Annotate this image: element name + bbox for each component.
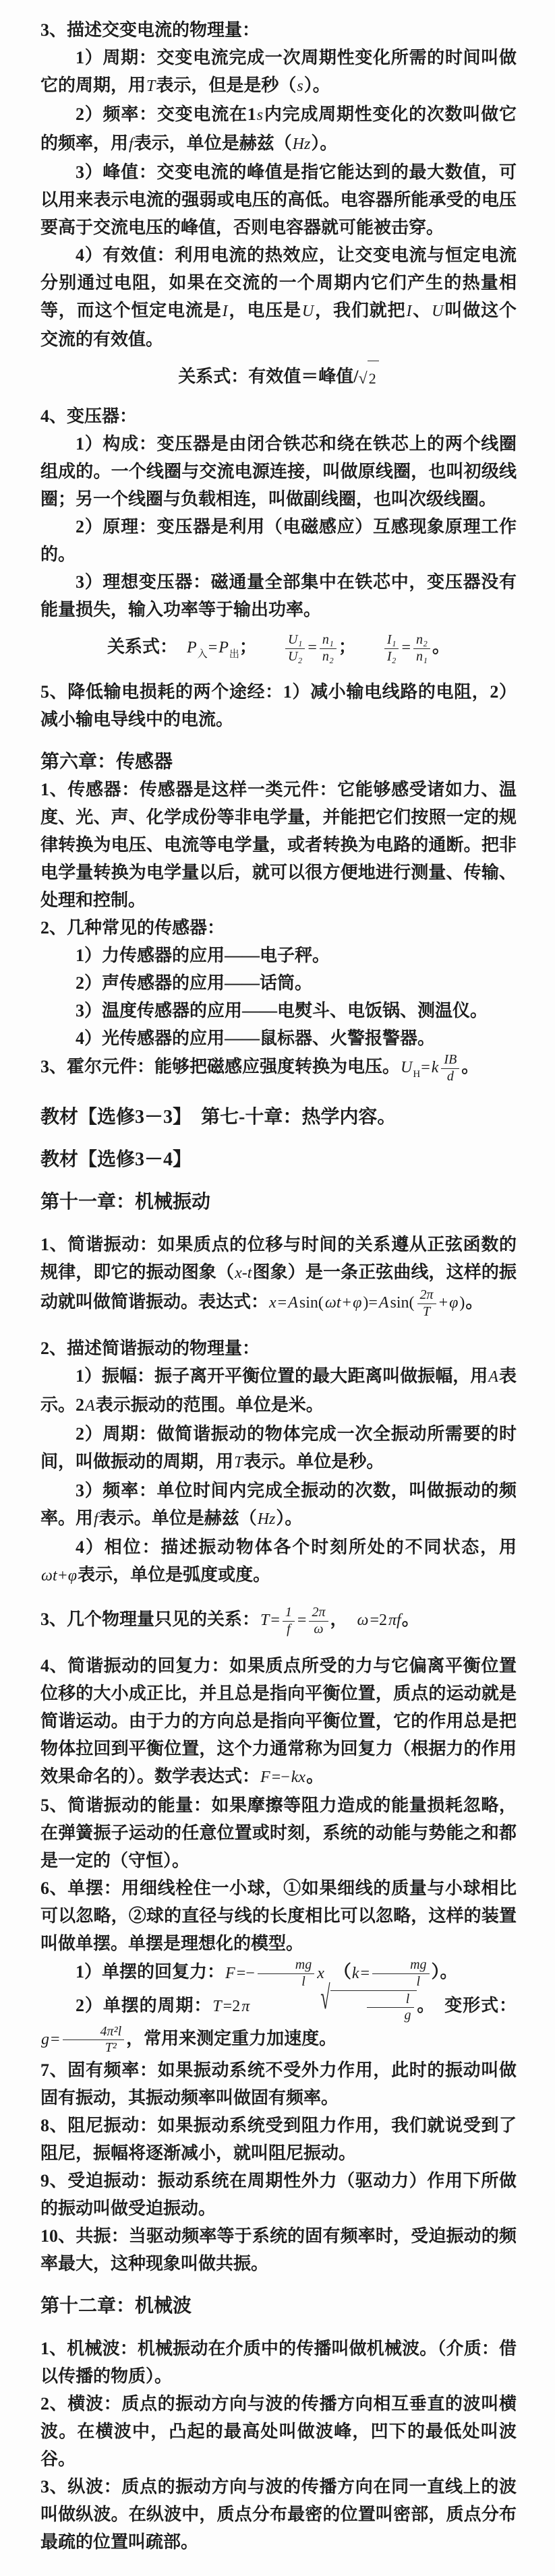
- paragraph: 10、共振：当驱动频率等于系统的固有频率时，受迫振动的频率最大，这种现象叫做共振…: [40, 2222, 517, 2277]
- paragraph: 9、受迫振动：振动系统在周期性外力（驱动力）作用下所做的振动叫做受迫振动。: [40, 2167, 517, 2222]
- paragraph: 3、霍尔元件：能够把磁感应强度转换为电压。UH=kIBd。: [40, 1052, 517, 1088]
- math-variable: x-t: [234, 1264, 252, 1282]
- fraction: IBd: [441, 1052, 459, 1084]
- fraction: U₁U₂: [285, 632, 305, 665]
- fraction: n₁n₂: [320, 632, 337, 665]
- physics-notes-document: 3、描述交变电流的物理量：1）周期：交变电流完成一次周期性变化所需的时间叫做它的…: [0, 0, 555, 2576]
- sub-paragraph: 2）声传感器的应用——话筒。: [40, 969, 517, 997]
- sub-paragraph: 4）有效值：利用电流的热效应，让交变电流与恒定电流分别通过电阻，如果在交流的一个…: [40, 241, 517, 353]
- fraction: 2πT: [417, 1287, 436, 1320]
- math-variable: ωt+φ: [40, 1567, 78, 1585]
- chapter-heading: 第六章：传感器: [40, 748, 517, 776]
- math-variable: f: [93, 1510, 99, 1528]
- paragraph: 3、描述交变电流的物理量：: [40, 16, 517, 44]
- paragraph: 5、简谐振动的能量：如果摩擦等阻力造成的能量损耗忽略，在弹簧振子运动的任意位置或…: [40, 1791, 517, 1874]
- chapter-heading: 第十二章：机械波: [40, 2292, 517, 2320]
- math-variable: T: [233, 1454, 243, 1471]
- math-variable: I: [222, 303, 229, 320]
- sub-paragraph: 4）光传感器的应用——鼠标器、火警报警器。: [40, 1024, 517, 1052]
- math-variable: I: [405, 303, 412, 320]
- fraction: I₁I₂: [384, 632, 399, 665]
- math-text: sin(: [299, 1294, 324, 1312]
- math-variable: P: [218, 639, 229, 656]
- math-variable: Hz: [257, 1510, 276, 1528]
- math-variable: f: [128, 135, 134, 153]
- math-text: =: [420, 1059, 431, 1076]
- sub-paragraph: 3）频率：单位时间内完成全振动的次数，叫做振动的频率。用f表示。单位是赫兹（Hz…: [40, 1477, 517, 1533]
- paragraph: 5、降低输电损耗的两个途经：1）减小输电线路的电阻，2）减小输电导线中的电流。: [40, 678, 517, 733]
- paragraph: 3、纵波：质点的振动方向与波的传播方向在同一直线上的波叫做纵波。在纵波中，质点分…: [40, 2473, 517, 2556]
- math-variable: F: [225, 1965, 236, 1982]
- math-variable: F: [260, 1769, 271, 1786]
- math-variable: φ: [448, 1294, 459, 1312]
- paragraph: 4、变压器：: [40, 402, 517, 430]
- math-text: =2: [369, 1612, 388, 1629]
- sub-paragraph: 4）相位：描述振动物体各个时刻所处的不同状态，用ωt+φ表示，单位是弧度或度。: [40, 1533, 517, 1590]
- math-subscript: 入: [198, 649, 208, 660]
- math-variable: U: [400, 1059, 413, 1076]
- sub-paragraph: 2）周期：做简谐振动的物体完成一次全振动所需要的时间，叫做振动的周期，用T表示。…: [40, 1420, 517, 1477]
- fraction: n₂n₁: [413, 632, 430, 665]
- formula-line: 关系式：有效值＝峰值/√2: [40, 360, 517, 396]
- sub-paragraph: 1）力传感器的应用——电子秤。: [40, 942, 517, 969]
- fraction: 4π²lT²: [63, 2024, 125, 2056]
- fraction: mgl: [372, 1957, 429, 1990]
- math-text: sin(: [390, 1294, 415, 1312]
- math-text: =−: [271, 1769, 291, 1786]
- math-variable: s: [296, 78, 303, 95]
- paragraph: 3、几个物理量只见的关系：T=1f=2πω， ω=2πf。: [40, 1605, 517, 1637]
- math-variable: P: [186, 639, 198, 656]
- math-text: =: [401, 639, 411, 656]
- paragraph: 8、阻尼振动：如果振动系统受到阻力作用，我们就说受到了阻尼，振幅将逐渐减小，就叫…: [40, 2112, 517, 2167]
- math-text: =: [360, 1965, 371, 1982]
- sub-paragraph: 3）理想变压器：磁通量全部集中在铁芯中，变压器没有能量损失，输入功率等于输出功率…: [40, 568, 517, 623]
- paragraph: 1、简谐振动：如果质点的位移与时间的关系遵从正弦函数的规律，即它的振动图象（x-…: [40, 1231, 517, 1320]
- math-variable: πf: [388, 1612, 402, 1629]
- math-text: ): [459, 1294, 465, 1312]
- math-variable: g: [40, 2031, 50, 2048]
- sub-paragraph: 1）周期：交变电流完成一次周期性变化所需的时间叫做它的周期，用T表示，但是是秒（…: [40, 44, 517, 100]
- paragraph: 1、机械波：机械振动在介质中的传播叫做机械波。（介质：借以传播的物质）。: [40, 2335, 517, 2390]
- math-text: =: [208, 639, 218, 656]
- chapter-heading: 教材【选修3－4】: [40, 1146, 517, 1173]
- paragraph: 6、单摆：用细线栓住一小球，①如果细线的质量与小球相比可以忽略，②球的直径与线的…: [40, 1874, 517, 1957]
- math-variable: k: [351, 1965, 360, 1982]
- square-root: √lg: [250, 1990, 416, 2024]
- chapter-heading: 第十一章：机械振动: [40, 1188, 517, 1216]
- math-variable: A: [287, 1294, 299, 1312]
- sub-paragraph: 1）振幅：振子离开平衡位置的最大距离叫做振幅，用A表示。2A表示振动的范围。单位…: [40, 1362, 517, 1420]
- math-text: =: [307, 639, 318, 656]
- square-root: √2: [359, 361, 379, 396]
- math-variable: T: [260, 1612, 270, 1629]
- math-variable: A: [378, 1294, 390, 1312]
- math-text: =: [277, 1294, 288, 1312]
- math-subscript: 出: [229, 649, 239, 660]
- math-variable: ωt: [324, 1294, 342, 1312]
- paragraph: 1、传感器：传感器是这样一类元件：它能够感受诸如力、温度、光、声、化学成份等非电…: [40, 776, 517, 914]
- math-variable: U: [301, 303, 314, 320]
- math-variable: ω: [357, 1612, 370, 1629]
- math-text: =: [270, 1612, 281, 1629]
- math-variable: φ: [352, 1294, 362, 1312]
- paragraph: 4、简谐振动的回复力：如果质点所受的力与它偏离平衡位置位移的大小成正比，并且总是…: [40, 1652, 517, 1791]
- math-text: =−: [236, 1965, 256, 1982]
- math-variable: Hz: [292, 135, 312, 153]
- math-text: =: [50, 2031, 61, 2048]
- math-text: +: [438, 1294, 449, 1312]
- math-variable: k: [431, 1059, 440, 1076]
- paragraph: 2、描述简谐振动的物理量：: [40, 1335, 517, 1362]
- fraction: 1f: [283, 1605, 295, 1637]
- chapter-heading: 教材【选修3－3】 第七-十章：热学内容。: [40, 1103, 517, 1131]
- math-text: =2: [223, 1998, 241, 2015]
- math-variable: T: [212, 1998, 222, 2015]
- sub-paragraph: 2）原理：变压器是利用（电磁感应）互感现象原理工作的。: [40, 513, 517, 568]
- math-text: =: [297, 1612, 308, 1629]
- math-variable: A: [488, 1368, 499, 1386]
- paragraph: 7、固有频率：如果振动系统不受外力作用，此时的振动叫做固有振动，其振动频率叫做固…: [40, 2056, 517, 2112]
- paragraph: 2、横波：质点的振动方向与波的传播方向相互垂直的波叫横波。在横波中，凸起的最高处…: [40, 2390, 517, 2473]
- sub-paragraph: 1）单摆的回复力：F=−mglx （k=mgl）。: [40, 1957, 517, 1990]
- math-variable: U: [431, 303, 444, 320]
- math-subscript: H: [413, 1069, 420, 1080]
- math-variable: s: [256, 106, 264, 124]
- sub-paragraph: 3）峰值：交变电流的峰值是指它能达到的最大数值，可以用来表示电流的强弱或电压的高…: [40, 158, 517, 241]
- math-text: +: [342, 1294, 353, 1312]
- paragraph: 2、几种常见的传感器：: [40, 914, 517, 942]
- fraction: 2πω: [309, 1605, 328, 1637]
- math-variable: A: [84, 1397, 96, 1415]
- sub-paragraph: 3）温度传感器的应用——电熨斗、电饭锅、测温仪。: [40, 997, 517, 1024]
- sub-paragraph: 2）频率：交变电流在1s内完成周期性变化的次数叫做它的频率，用f表示，单位是赫兹…: [40, 100, 517, 158]
- sub-paragraph: 2）单摆的周期：T=2π√lg。 变形式：g=4π²lT²，常用来测定重力加速度…: [40, 1990, 517, 2056]
- fraction: lg: [367, 1992, 414, 2024]
- math-variable: x: [268, 1294, 277, 1312]
- math-variable: kx: [291, 1769, 306, 1786]
- math-variable: T: [146, 78, 156, 95]
- math-variable: π: [241, 1998, 250, 2015]
- math-text: )=: [362, 1294, 378, 1312]
- formula-line: 关系式： P入=P出； U₁U₂=n₁n₂； I₁I₂=n₂n₁。: [40, 630, 517, 671]
- sub-paragraph: 1）构成：变压器是由闭合铁芯和绕在铁芯上的两个线圈组成的。一个线圈与交流电源连接…: [40, 430, 517, 513]
